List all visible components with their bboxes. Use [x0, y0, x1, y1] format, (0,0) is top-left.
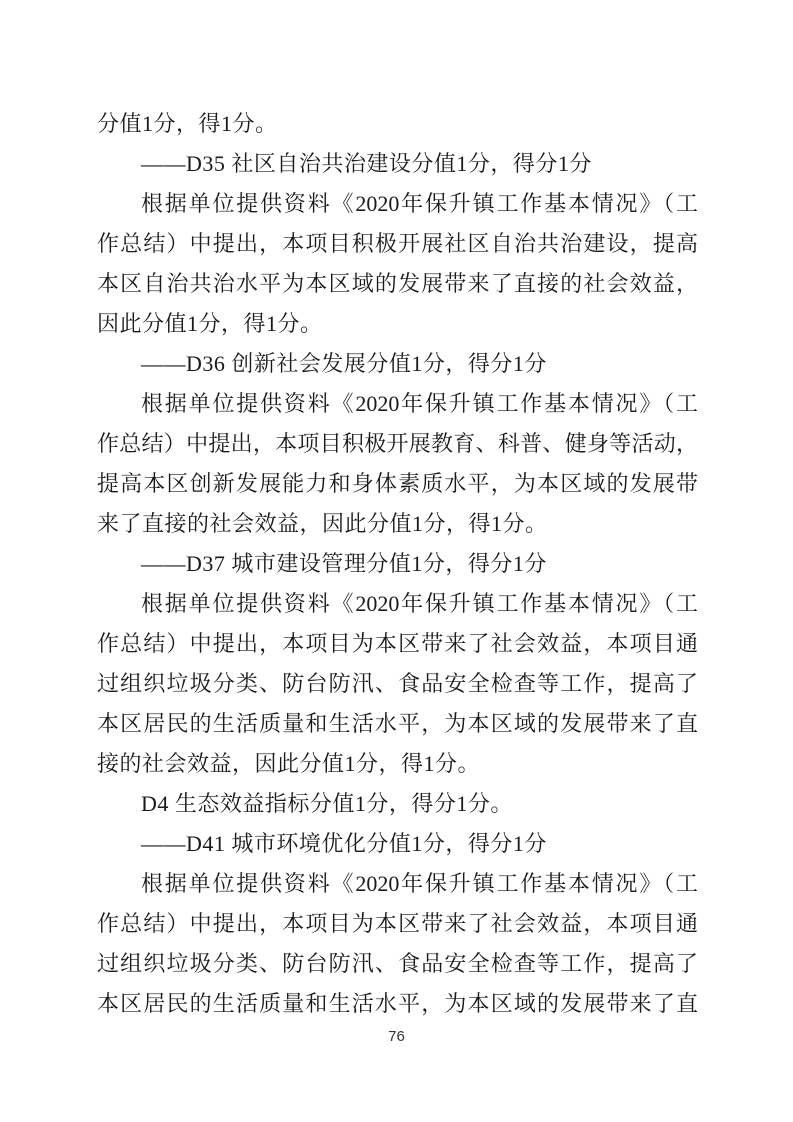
text-line: 过组织垃圾分类、防台防汛、食品安全检查等工作，提高了 — [97, 664, 698, 704]
text-line: 根据单位提供资料《2020年保升镇工作基本情况》（工 — [97, 384, 698, 424]
text-line: 作总结）中提出，本项目积极开展社区自治共治建设，提高 — [97, 224, 698, 264]
text-line: 作总结）中提出，本项目为本区带来了社会效益，本项目通 — [97, 904, 698, 944]
text-line: 根据单位提供资料《2020年保升镇工作基本情况》（工 — [97, 584, 698, 624]
text-line: 根据单位提供资料《2020年保升镇工作基本情况》（工 — [97, 864, 698, 904]
text-line: 分值1分，得1分。 — [97, 104, 698, 144]
text-line: D4 生态效益指标分值1分，得分1分。 — [97, 784, 698, 824]
text-line: ——D37 城市建设管理分值1分，得分1分 — [97, 544, 698, 584]
text-line: ——D36 创新社会发展分值1分，得分1分 — [97, 344, 698, 384]
document-page: 分值1分，得1分。——D35 社区自治共治建设分值1分，得分1分根据单位提供资料… — [0, 0, 793, 1122]
text-line: 本区自治共治水平为本区域的发展带来了直接的社会效益， — [97, 264, 698, 304]
text-line: 根据单位提供资料《2020年保升镇工作基本情况》（工 — [97, 184, 698, 224]
text-line: ——D41 城市环境优化分值1分，得分1分 — [97, 824, 698, 864]
text-line: 来了直接的社会效益，因此分值1分，得1分。 — [97, 504, 698, 544]
text-line: 过组织垃圾分类、防台防汛、食品安全检查等工作，提高了 — [97, 944, 698, 984]
text-line: 提高本区创新发展能力和身体素质水平，为本区域的发展带 — [97, 464, 698, 504]
page-number: 76 — [0, 1028, 793, 1045]
text-line: 接的社会效益，因此分值1分，得1分。 — [97, 744, 698, 784]
text-line: 作总结）中提出，本项目为本区带来了社会效益，本项目通 — [97, 624, 698, 664]
document-text-block: 分值1分，得1分。——D35 社区自治共治建设分值1分，得分1分根据单位提供资料… — [97, 104, 698, 1024]
text-line: 作总结）中提出，本项目积极开展教育、科普、健身等活动， — [97, 424, 698, 464]
text-line: 因此分值1分，得1分。 — [97, 304, 698, 344]
text-line: ——D35 社区自治共治建设分值1分，得分1分 — [97, 144, 698, 184]
text-line: 本区居民的生活质量和生活水平，为本区域的发展带来了直 — [97, 704, 698, 744]
text-line: 本区居民的生活质量和生活水平，为本区域的发展带来了直 — [97, 984, 698, 1024]
